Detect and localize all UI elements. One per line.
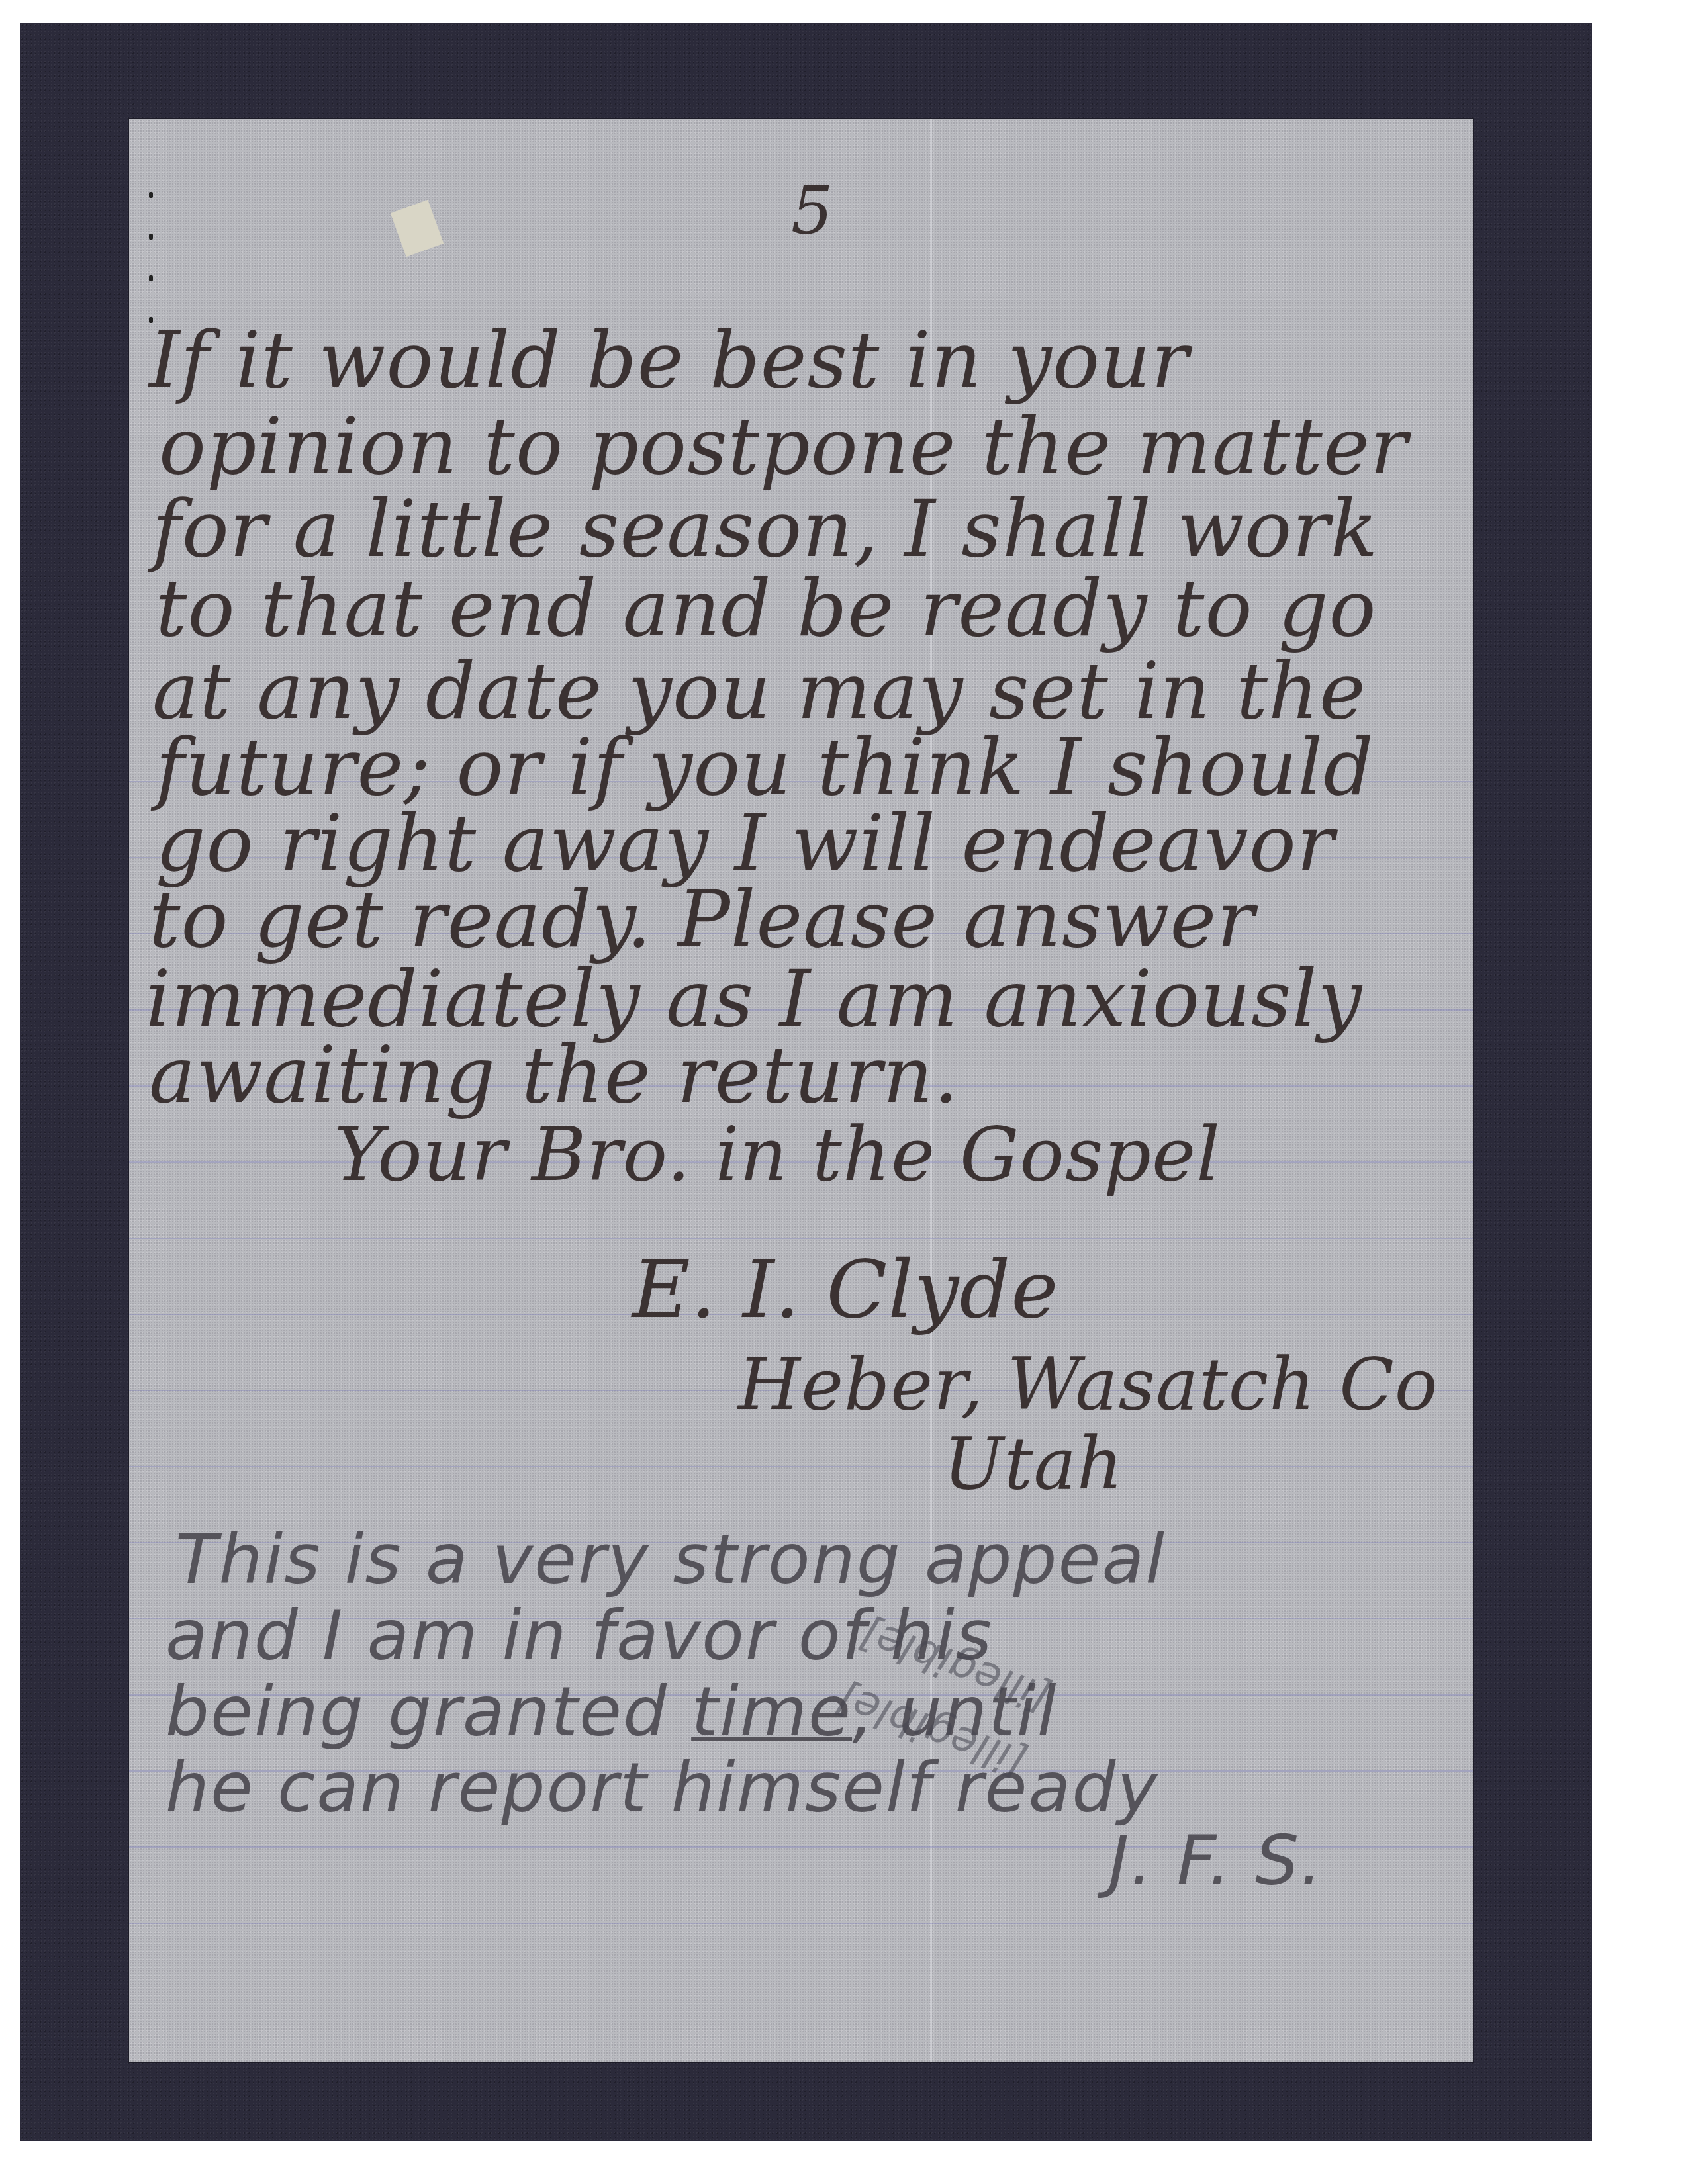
- body-line: opinion to postpone the matter: [159, 407, 1408, 485]
- underlined-word: time: [691, 1671, 852, 1752]
- endorsement-initials: J. F. S.: [1109, 1820, 1323, 1901]
- closing-line: Your Bro. in the Gospel: [334, 1112, 1221, 1198]
- ruled-line: [129, 1923, 1473, 1924]
- body-line: immediately as I am anxiously: [146, 960, 1362, 1038]
- body-line: at any date you may set in the: [152, 652, 1366, 730]
- letter-sheet: 5 If it would be best in your opinion to…: [129, 119, 1473, 2062]
- torn-corner: [391, 200, 444, 257]
- signature: E. I. Clyde: [632, 1244, 1058, 1336]
- body-line: go right away I will endeavor: [156, 804, 1335, 882]
- hole-mark: [149, 192, 153, 198]
- body-line: to that end and be ready to go: [156, 569, 1377, 647]
- body-line: If it would be best in your: [149, 321, 1189, 399]
- body-line: for a little season, I shall work: [152, 490, 1378, 568]
- body-line: future; or if you think I should: [156, 728, 1374, 806]
- page-number: 5: [791, 172, 834, 250]
- endorsement-text: being granted: [165, 1671, 691, 1752]
- hole-mark: [149, 234, 153, 240]
- endorsement-line: This is a very strong appeal: [175, 1519, 1166, 1600]
- body-line: awaiting the return.: [149, 1036, 959, 1114]
- body-line: to get ready. Please answer: [149, 880, 1255, 958]
- hole-mark: [149, 275, 153, 281]
- ruled-line: [129, 1466, 1473, 1467]
- ruled-line: [129, 1238, 1473, 1239]
- place-line: Heber, Wasatch Co: [738, 1343, 1438, 1426]
- place-line: Utah: [943, 1423, 1123, 1506]
